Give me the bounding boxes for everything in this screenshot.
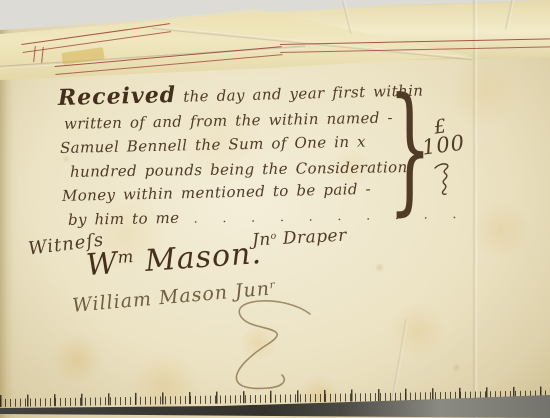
scanned-receipt-document: Receivedthe day and year first within wr… [0,0,550,418]
opening-word: Received [58,82,177,111]
red-ruled-line [33,46,44,63]
flourish-mark-icon [198,298,330,392]
signature-text: W [85,246,119,283]
signature-superscript: r [269,279,276,291]
receipt-line: by him to me . . . . . . . . . . [58,202,430,234]
signature-text: Draper [276,226,347,250]
signature-superscript: m [117,247,135,267]
paid-flourish-icon [432,160,454,198]
receipt-body-text: Receivedthe day and year first within wr… [58,86,430,234]
line-text: by him to me [68,206,180,232]
